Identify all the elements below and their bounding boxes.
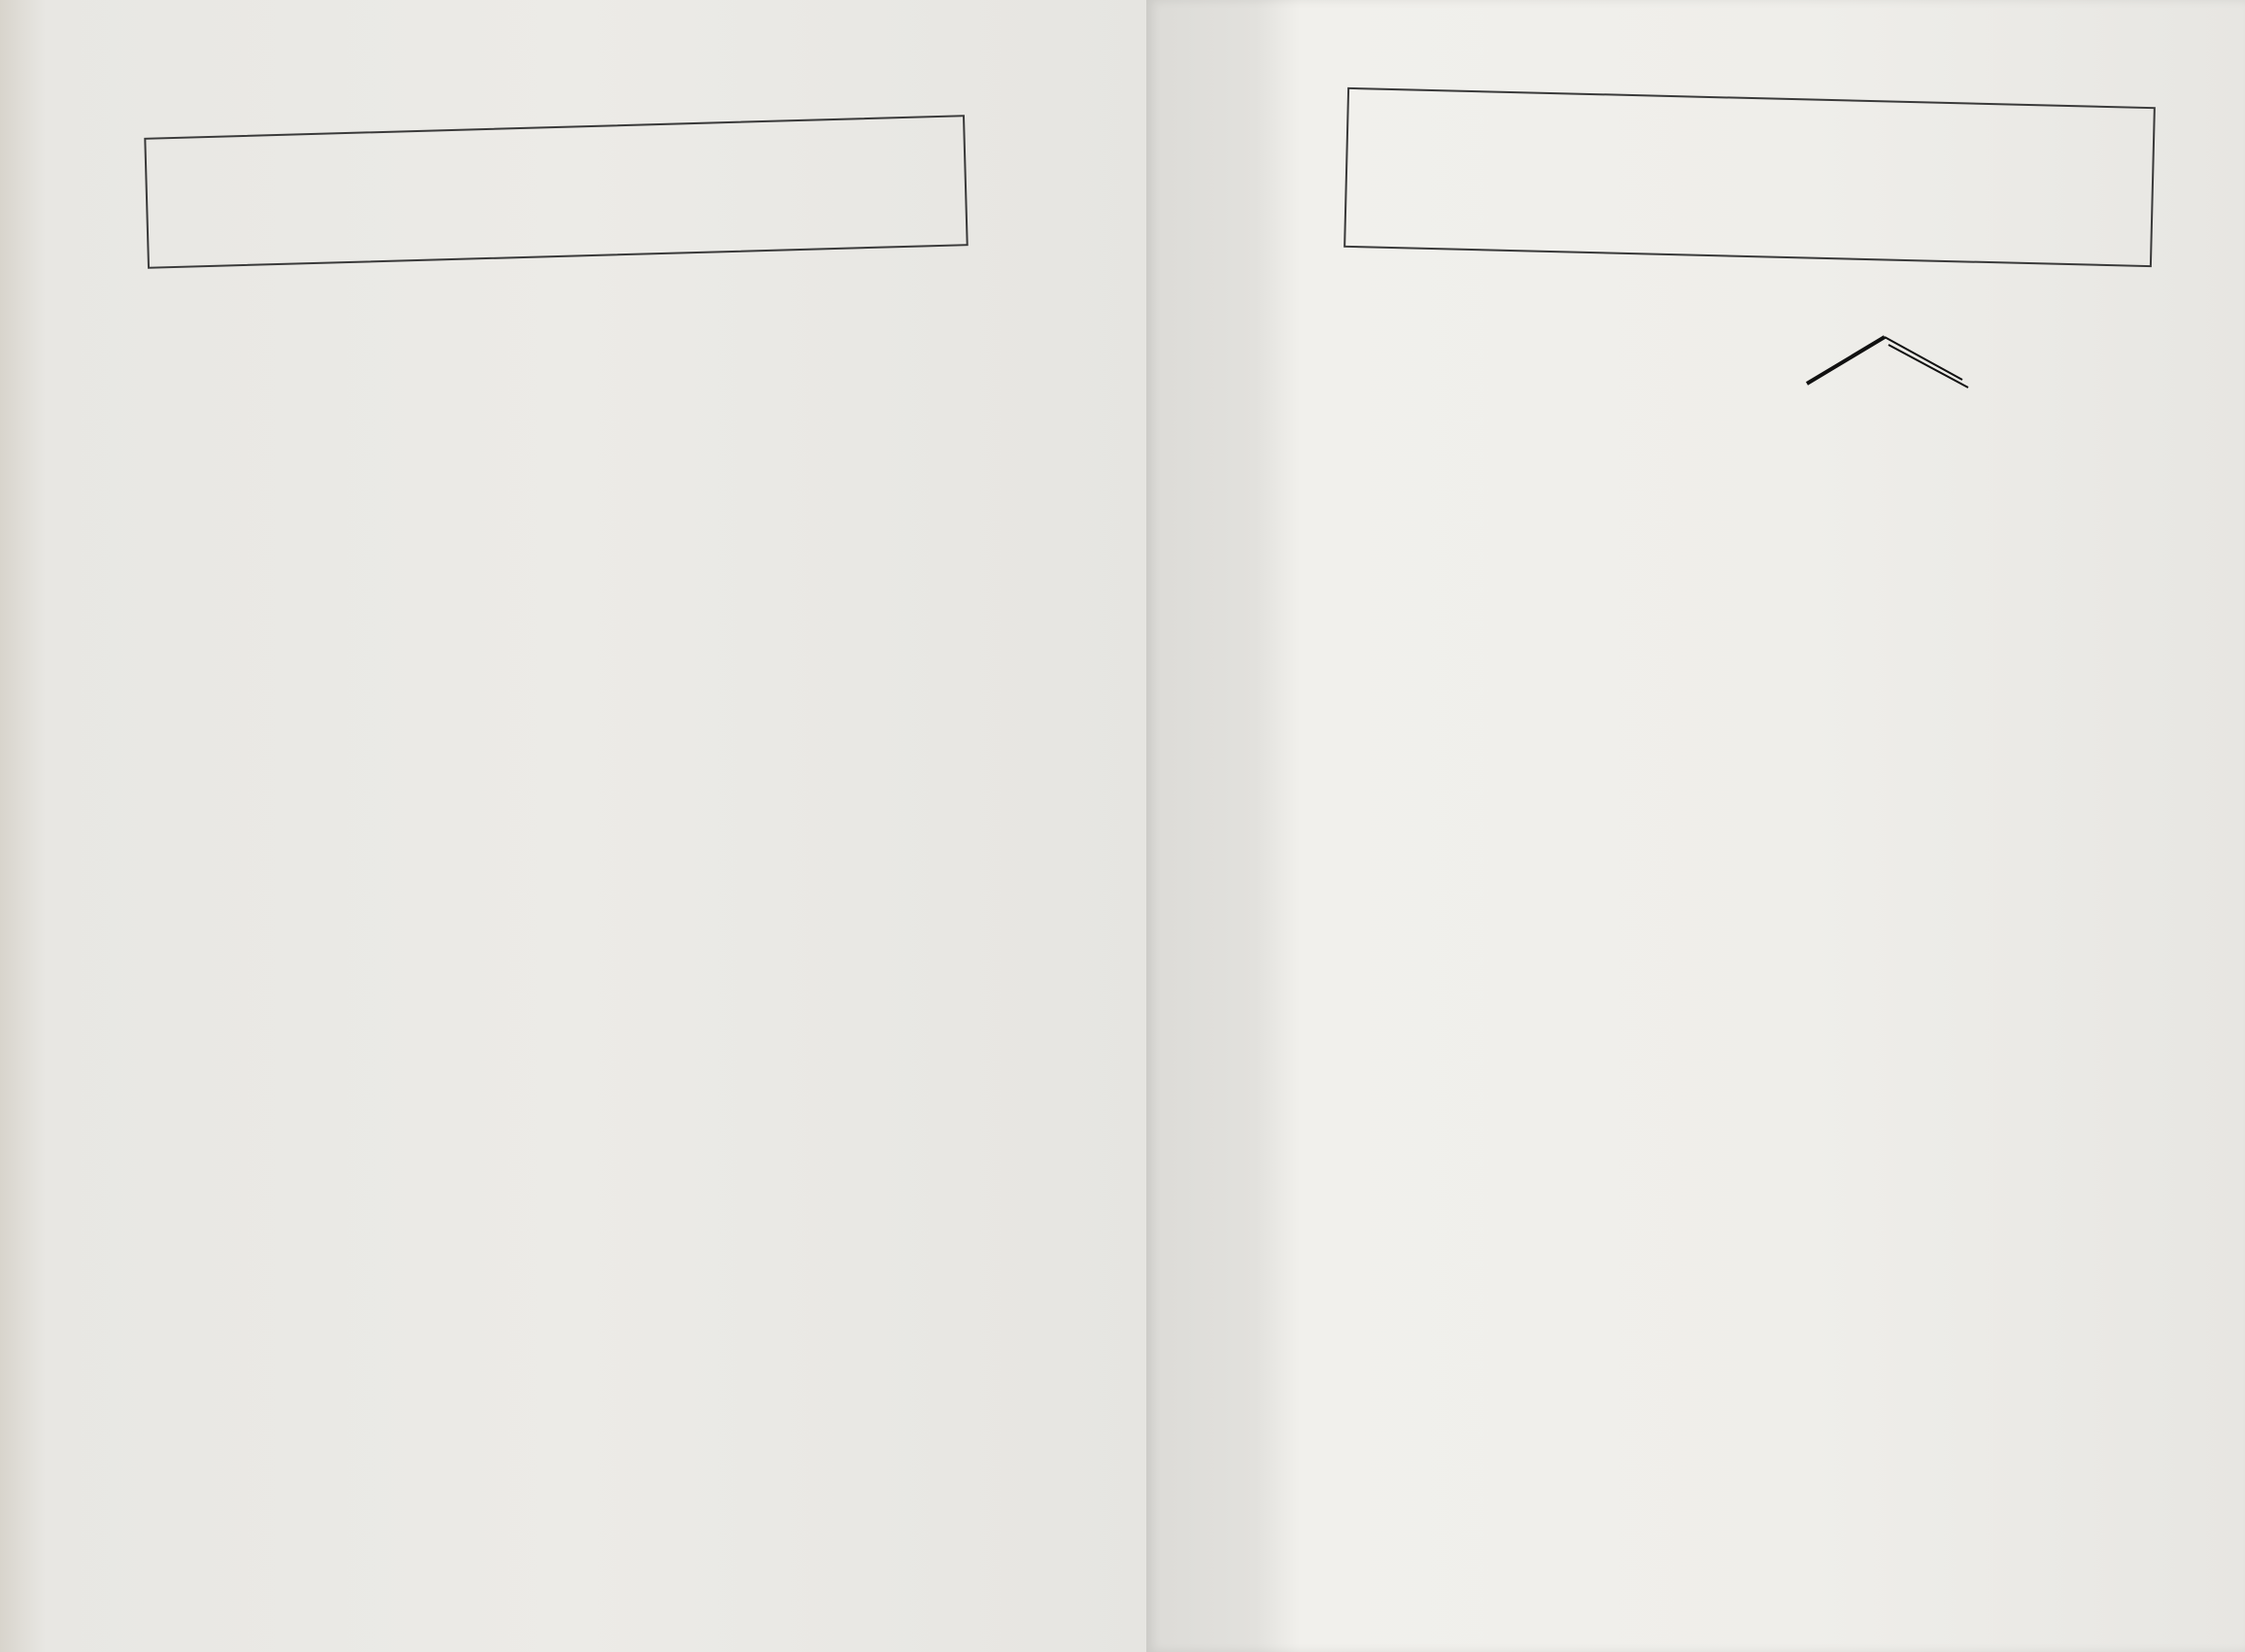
rule-box [1344,87,2156,267]
left-page [0,0,1146,1652]
rule-box [144,115,968,269]
word-order-arrow-icon [1787,325,1991,398]
right-page [1146,0,2245,1652]
